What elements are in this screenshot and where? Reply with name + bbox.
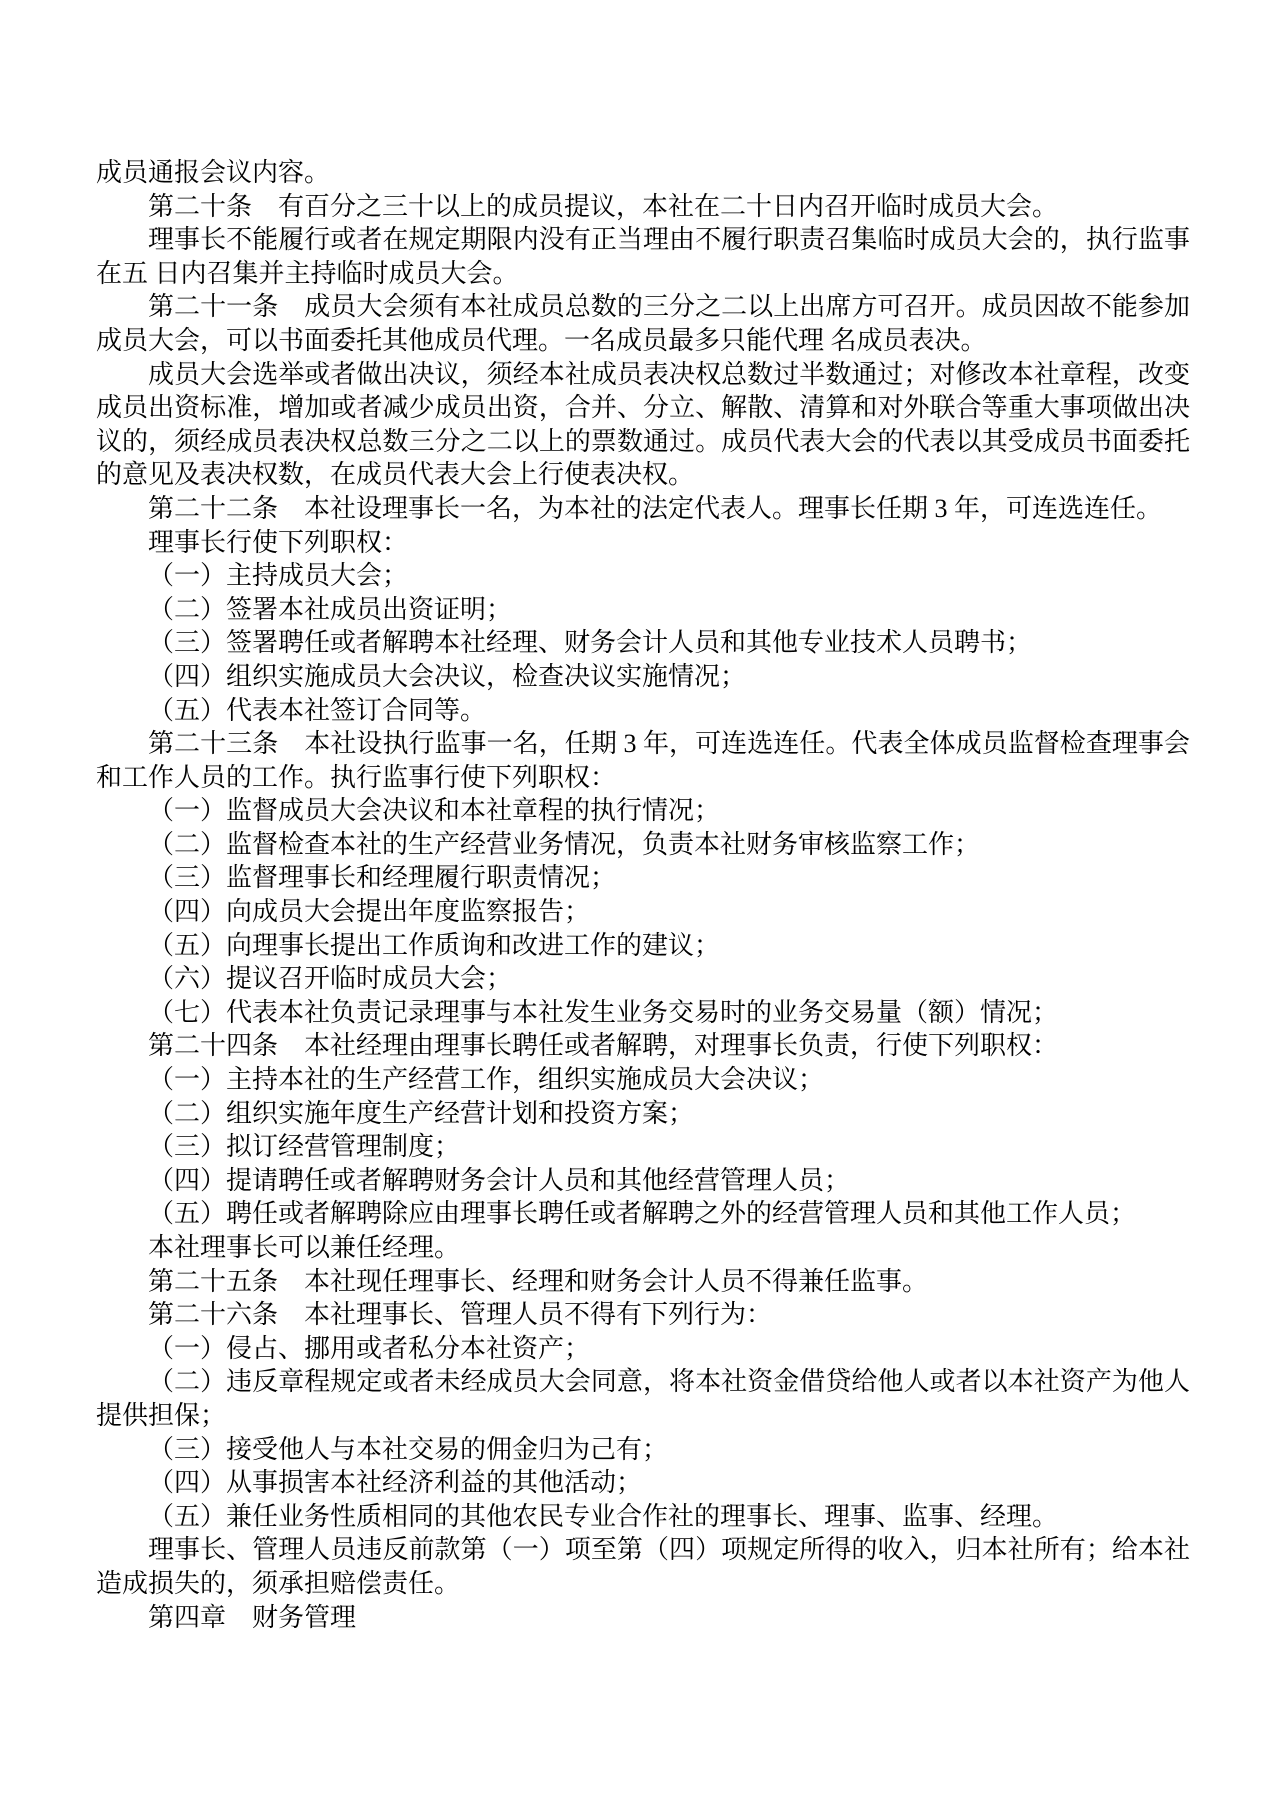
article-20-para-2: 理事长不能履行或者在规定期限内没有正当理由不履行职责召集临时成员大会的，执行监事… xyxy=(96,223,1190,290)
article-23-item-6: （六）提议召开临时成员大会； xyxy=(96,962,1190,996)
article-20: 第二十条 有百分之三十以上的成员提议，本社在二十日内召开临时成员大会。 xyxy=(96,190,1190,224)
article-24-para-2: 本社理事长可以兼任经理。 xyxy=(96,1231,1190,1265)
article-22-item-3: （三）签署聘任或者解聘本社经理、财务会计人员和其他专业技术人员聘书； xyxy=(96,626,1190,660)
article-22-item-5: （五）代表本社签订合同等。 xyxy=(96,694,1190,728)
article-22-item-4: （四）组织实施成员大会决议，检查决议实施情况； xyxy=(96,660,1190,694)
article-26-item-1: （一）侵占、挪用或者私分本社资产； xyxy=(96,1332,1190,1366)
article-22-intro: 理事长行使下列职权： xyxy=(96,526,1190,560)
article-24: 第二十四条 本社经理由理事长聘任或者解聘，对理事长负责，行使下列职权： xyxy=(96,1029,1190,1063)
document-body: 成员通报会议内容。 第二十条 有百分之三十以上的成员提议，本社在二十日内召开临时… xyxy=(96,156,1190,1634)
paragraph-continuation: 成员通报会议内容。 xyxy=(96,156,1190,190)
article-22: 第二十二条 本社设理事长一名，为本社的法定代表人。理事长任期 3 年，可连选连任… xyxy=(96,492,1190,526)
article-26-item-3: （三）接受他人与本社交易的佣金归为己有； xyxy=(96,1433,1190,1467)
article-26: 第二十六条 本社理事长、管理人员不得有下列行为： xyxy=(96,1298,1190,1332)
article-23-item-5: （五）向理事长提出工作质询和改进工作的建议； xyxy=(96,929,1190,963)
article-23-item-2: （二）监督检查本社的生产经营业务情况，负责本社财务审核监察工作； xyxy=(96,828,1190,862)
chapter-4-heading: 第四章 财务管理 xyxy=(96,1601,1190,1635)
article-21-para-2: 成员大会选举或者做出决议，须经本社成员表决权总数过半数通过；对修改本社章程，改变… xyxy=(96,358,1190,492)
article-24-item-3: （三）拟订经营管理制度； xyxy=(96,1130,1190,1164)
article-24-item-5: （五）聘任或者解聘除应由理事长聘任或者解聘之外的经营管理人员和其他工作人员； xyxy=(96,1197,1190,1231)
article-26-item-5: （五）兼任业务性质相同的其他农民专业合作社的理事长、理事、监事、经理。 xyxy=(96,1500,1190,1534)
article-23: 第二十三条 本社设执行监事一名，任期 3 年，可连选连任。代表全体成员监督检查理… xyxy=(96,727,1190,794)
article-23-item-3: （三）监督理事长和经理履行职责情况； xyxy=(96,861,1190,895)
article-23-item-7: （七）代表本社负责记录理事与本社发生业务交易时的业务交易量（额）情况； xyxy=(96,996,1190,1030)
article-21: 第二十一条 成员大会须有本社成员总数的三分之二以上出席方可召开。成员因故不能参加… xyxy=(96,290,1190,357)
article-23-item-1: （一）监督成员大会决议和本社章程的执行情况； xyxy=(96,794,1190,828)
article-24-item-4: （四）提请聘任或者解聘财务会计人员和其他经营管理人员； xyxy=(96,1164,1190,1198)
document-page: 成员通报会议内容。 第二十条 有百分之三十以上的成员提议，本社在二十日内召开临时… xyxy=(0,0,1280,1810)
article-23-item-4: （四）向成员大会提出年度监察报告； xyxy=(96,895,1190,929)
article-25: 第二十五条 本社现任理事长、经理和财务会计人员不得兼任监事。 xyxy=(96,1265,1190,1299)
article-26-item-4: （四）从事损害本社经济利益的其他活动； xyxy=(96,1466,1190,1500)
article-26-item-2: （二）违反章程规定或者未经成员大会同意，将本社资金借贷给他人或者以本社资产为他人… xyxy=(96,1365,1190,1432)
article-22-item-1: （一）主持成员大会； xyxy=(96,559,1190,593)
article-22-item-2: （二）签署本社成员出资证明； xyxy=(96,593,1190,627)
article-24-item-1: （一）主持本社的生产经营工作，组织实施成员大会决议； xyxy=(96,1063,1190,1097)
article-24-item-2: （二）组织实施年度生产经营计划和投资方案； xyxy=(96,1097,1190,1131)
article-26-para-2: 理事长、管理人员违反前款第（一）项至第（四）项规定所得的收入，归本社所有；给本社… xyxy=(96,1533,1190,1600)
